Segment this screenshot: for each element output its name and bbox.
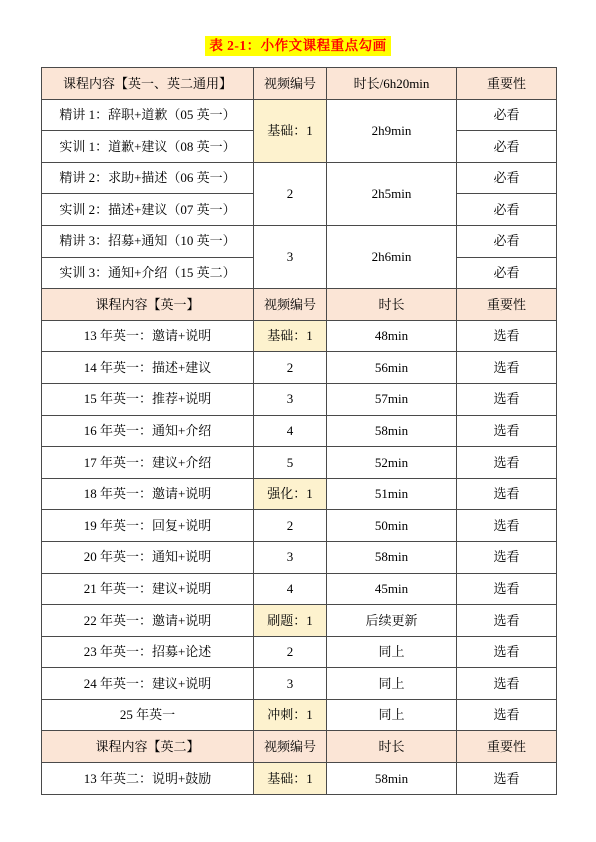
column-header-course: 课程内容【英二】	[42, 731, 254, 763]
importance-cell: 选看	[457, 352, 557, 384]
table-row: 22 年英一：邀请+说明 刷题：1 后续更新 选看	[42, 605, 557, 637]
duration-cell: 2h9min	[327, 99, 457, 162]
column-header-importance: 重要性	[457, 731, 557, 763]
course-cell: 精讲 3：招募+通知（10 英一）	[42, 225, 254, 257]
importance-cell: 选看	[457, 668, 557, 700]
importance-cell: 必看	[457, 131, 557, 163]
duration-cell: 58min	[327, 541, 457, 573]
duration-cell: 51min	[327, 478, 457, 510]
importance-cell: 必看	[457, 194, 557, 226]
importance-cell: 选看	[457, 383, 557, 415]
importance-cell: 选看	[457, 763, 557, 795]
importance-cell: 必看	[457, 162, 557, 194]
importance-cell: 选看	[457, 699, 557, 731]
column-header-course: 课程内容【英一、英二通用】	[42, 68, 254, 100]
course-cell: 13 年英一：邀请+说明	[42, 320, 254, 352]
duration-cell: 58min	[327, 415, 457, 447]
column-header-importance: 重要性	[457, 68, 557, 100]
video-number-cell: 基础：1	[254, 320, 327, 352]
table-row: 18 年英一：邀请+说明 强化：1 51min 选看	[42, 478, 557, 510]
table-row: 20 年英一：通知+说明 3 58min 选看	[42, 541, 557, 573]
importance-cell: 选看	[457, 320, 557, 352]
table-row: 21 年英一：建议+说明 4 45min 选看	[42, 573, 557, 605]
course-cell: 实训 2：描述+建议（07 英一）	[42, 194, 254, 226]
section-header-row-general: 课程内容【英一、英二通用】 视频编号 时长/6h20min 重要性	[42, 68, 557, 100]
duration-cell: 2h6min	[327, 225, 457, 288]
video-number-cell: 基础：1	[254, 763, 327, 795]
importance-cell: 选看	[457, 510, 557, 542]
course-cell: 15 年英一：推荐+说明	[42, 383, 254, 415]
duration-cell: 56min	[327, 352, 457, 384]
course-schedule-table: 课程内容【英一、英二通用】 视频编号 时长/6h20min 重要性 精讲 1：辞…	[41, 67, 557, 795]
column-header-video: 视频编号	[254, 731, 327, 763]
table-row: 13 年英一：邀请+说明 基础：1 48min 选看	[42, 320, 557, 352]
table-row: 24 年英一：建议+说明 3 同上 选看	[42, 668, 557, 700]
course-cell: 实训 1：道歉+建议（08 英一）	[42, 131, 254, 163]
table-row: 精讲 1：辞职+道歉（05 英一） 基础：1 2h9min 必看	[42, 99, 557, 131]
section-header-row-eng2: 课程内容【英二】 视频编号 时长 重要性	[42, 731, 557, 763]
video-number-cell: 3	[254, 541, 327, 573]
video-number-cell: 基础：1	[254, 99, 327, 162]
importance-cell: 选看	[457, 447, 557, 479]
importance-cell: 必看	[457, 225, 557, 257]
video-number-cell: 2	[254, 352, 327, 384]
course-cell: 实训 3：通知+介绍（15 英二）	[42, 257, 254, 289]
course-cell: 19 年英一：回复+说明	[42, 510, 254, 542]
table-row: 19 年英一：回复+说明 2 50min 选看	[42, 510, 557, 542]
duration-cell: 52min	[327, 447, 457, 479]
course-cell: 18 年英一：邀请+说明	[42, 478, 254, 510]
course-cell: 16 年英一：通知+介绍	[42, 415, 254, 447]
duration-cell: 同上	[327, 699, 457, 731]
course-cell: 13 年英二：说明+鼓励	[42, 763, 254, 795]
importance-cell: 必看	[457, 99, 557, 131]
course-cell: 20 年英一：通知+说明	[42, 541, 254, 573]
duration-cell: 48min	[327, 320, 457, 352]
duration-cell: 后续更新	[327, 605, 457, 637]
column-header-video: 视频编号	[254, 289, 327, 321]
course-cell: 21 年英一：建议+说明	[42, 573, 254, 605]
duration-cell: 58min	[327, 763, 457, 795]
document-page: 表 2-1：小作文课程重点勾画 课程内容【英一、英二通用】 视频编号 时长/6h…	[0, 0, 596, 842]
video-number-cell: 3	[254, 668, 327, 700]
importance-cell: 选看	[457, 541, 557, 573]
video-number-cell: 4	[254, 415, 327, 447]
course-cell: 14 年英一：描述+建议	[42, 352, 254, 384]
duration-cell: 45min	[327, 573, 457, 605]
table-row: 17 年英一：建议+介绍 5 52min 选看	[42, 447, 557, 479]
importance-cell: 选看	[457, 478, 557, 510]
column-header-duration: 时长/6h20min	[327, 68, 457, 100]
table-row: 精讲 2：求助+描述（06 英一） 2 2h5min 必看	[42, 162, 557, 194]
duration-cell: 同上	[327, 636, 457, 668]
table-row: 精讲 3：招募+通知（10 英一） 3 2h6min 必看	[42, 225, 557, 257]
duration-cell: 同上	[327, 668, 457, 700]
importance-cell: 必看	[457, 257, 557, 289]
video-number-cell: 冲刺：1	[254, 699, 327, 731]
column-header-duration: 时长	[327, 731, 457, 763]
video-number-cell: 刷题：1	[254, 605, 327, 637]
table-row: 23 年英一：招募+论述 2 同上 选看	[42, 636, 557, 668]
video-number-cell: 2	[254, 162, 327, 225]
importance-cell: 选看	[457, 415, 557, 447]
table-row: 25 年英一 冲刺：1 同上 选看	[42, 699, 557, 731]
video-number-cell: 3	[254, 225, 327, 288]
course-cell: 精讲 2：求助+描述（06 英一）	[42, 162, 254, 194]
duration-cell: 50min	[327, 510, 457, 542]
video-number-cell: 3	[254, 383, 327, 415]
page-title: 表 2-1：小作文课程重点勾画	[205, 36, 390, 56]
table-row: 16 年英一：通知+介绍 4 58min 选看	[42, 415, 557, 447]
course-cell: 25 年英一	[42, 699, 254, 731]
video-number-cell: 强化：1	[254, 478, 327, 510]
duration-cell: 2h5min	[327, 162, 457, 225]
table-caption: 表 2-1：小作文课程重点勾画	[0, 36, 596, 56]
duration-cell: 57min	[327, 383, 457, 415]
course-cell: 23 年英一：招募+论述	[42, 636, 254, 668]
importance-cell: 选看	[457, 636, 557, 668]
table-row: 15 年英一：推荐+说明 3 57min 选看	[42, 383, 557, 415]
course-cell: 22 年英一：邀请+说明	[42, 605, 254, 637]
video-number-cell: 2	[254, 636, 327, 668]
table-row: 13 年英二：说明+鼓励 基础：1 58min 选看	[42, 763, 557, 795]
column-header-importance: 重要性	[457, 289, 557, 321]
video-number-cell: 5	[254, 447, 327, 479]
course-cell: 17 年英一：建议+介绍	[42, 447, 254, 479]
course-cell: 精讲 1：辞职+道歉（05 英一）	[42, 99, 254, 131]
course-cell: 24 年英一：建议+说明	[42, 668, 254, 700]
video-number-cell: 2	[254, 510, 327, 542]
column-header-duration: 时长	[327, 289, 457, 321]
section-header-row-eng1: 课程内容【英一】 视频编号 时长 重要性	[42, 289, 557, 321]
column-header-video: 视频编号	[254, 68, 327, 100]
column-header-course: 课程内容【英一】	[42, 289, 254, 321]
video-number-cell: 4	[254, 573, 327, 605]
importance-cell: 选看	[457, 573, 557, 605]
importance-cell: 选看	[457, 605, 557, 637]
table-row: 14 年英一：描述+建议 2 56min 选看	[42, 352, 557, 384]
